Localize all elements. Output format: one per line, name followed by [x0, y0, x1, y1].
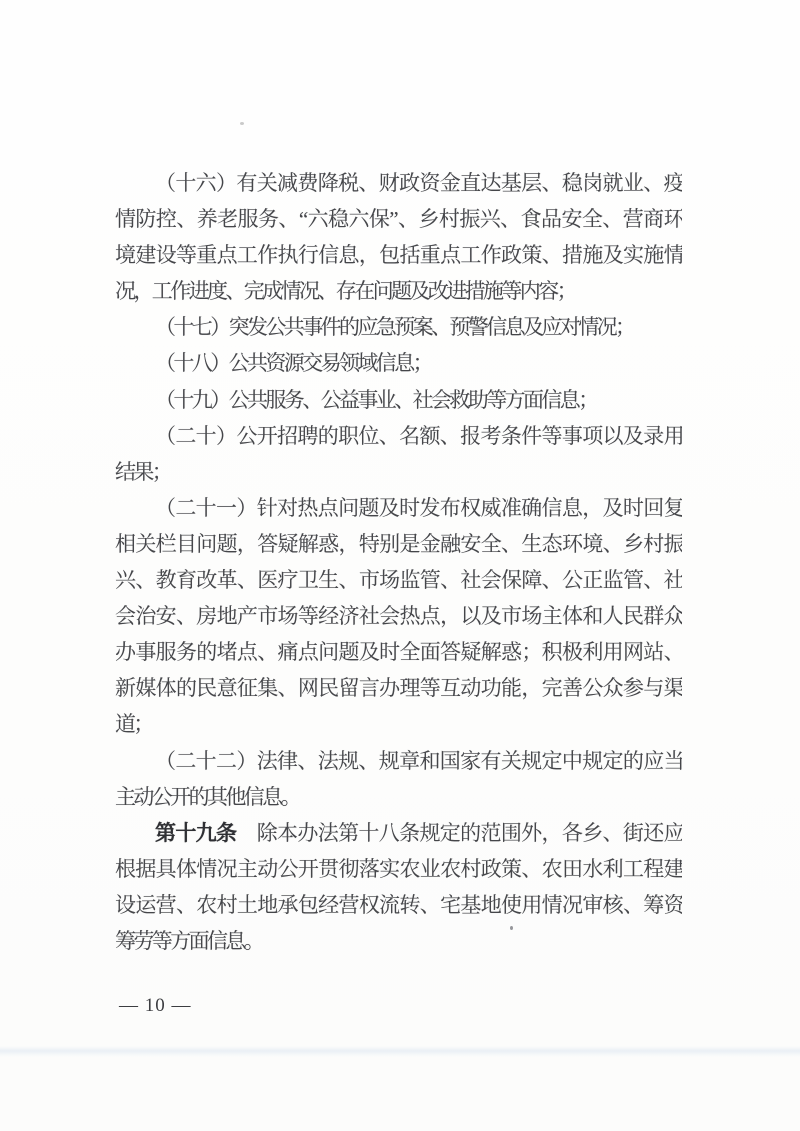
text-line: （十七）突发公共事件的应急预案、预警信息及应对情况； — [115, 309, 682, 345]
text-line: 兴、教育改革、医疗卫生、市场监管、社会保障、公正监管、社 — [115, 562, 682, 598]
text-line: 办事服务的堵点、痛点问题及时全面答疑解惑；积极利用网站、 — [115, 634, 682, 670]
text-line: 境建设等重点工作执行信息，包括重点工作政策、措施及实施情 — [115, 237, 682, 273]
text-line: 筹劳等方面信息。 — [115, 923, 682, 959]
text-line: （二十二）法律、法规、规章和国家有关规定中规定的应当 — [115, 743, 682, 779]
text-line: 相关栏目问题，答疑解惑，特别是金融安全、生态环境、乡村振 — [115, 526, 682, 562]
scan-artifact — [510, 926, 513, 930]
text-line: （二十）公开招聘的职位、名额、报考条件等事项以及录用 — [115, 418, 682, 454]
text-line: （十八）公共资源交易领域信息； — [115, 345, 682, 381]
text-line: （十六）有关减费降税、财政资金直达基层、稳岗就业、疫 — [115, 165, 682, 201]
text-line: 况，工作进度、完成情况、存在问题及改进措施等内容； — [115, 273, 682, 309]
paragraph-item-17: （十七）突发公共事件的应急预案、预警信息及应对情况； — [115, 309, 682, 345]
text-line: （十九）公共服务、公益事业、社会救助等方面信息； — [115, 382, 682, 418]
text-line: 道； — [115, 706, 682, 742]
paragraph-item-21: （二十一）针对热点问题及时发布权威准确信息，及时回复 相关栏目问题，答疑解惑，特… — [115, 490, 682, 743]
text-line: 根据具体情况主动公开贯彻落实农业农村政策、农田水利工程建 — [115, 851, 682, 887]
paragraph-item-19: （十九）公共服务、公益事业、社会救助等方面信息； — [115, 382, 682, 418]
text-line: 第十九条 除本办法第十八条规定的范围外，各乡、街还应 — [115, 815, 682, 851]
paragraph-item-18: （十八）公共资源交易领域信息； — [115, 345, 682, 381]
text-line-segment: 除本办法第十八条规定的范围外，各乡、街还应 — [236, 821, 682, 845]
paragraph-item-22: （二十二）法律、法规、规章和国家有关规定中规定的应当 主动公开的其他信息。 — [115, 743, 682, 815]
text-line: 主动公开的其他信息。 — [115, 779, 682, 815]
document-text: （十六）有关减费降税、财政资金直达基层、稳岗就业、疫 情防控、养老服务、“六稳六… — [115, 165, 682, 959]
text-line: 情防控、养老服务、“六稳六保”、乡村振兴、食品安全、营商环 — [115, 201, 682, 237]
document-page: { "colors": { "background": "#fdfdfd", "… — [0, 0, 800, 1131]
article-number-bold: 第十九条 — [155, 822, 236, 845]
text-line: 新媒体的民意征集、网民留言办理等互动功能，完善公众参与渠 — [115, 670, 682, 706]
page-number: — 10 — — [119, 995, 192, 1017]
scan-artifact — [240, 122, 244, 125]
text-line: （二十一）针对热点问题及时发布权威准确信息，及时回复 — [115, 490, 682, 526]
text-line: 设运营、农村土地承包经营权流转、宅基地使用情况审核、筹资 — [115, 887, 682, 923]
text-line: 会治安、房地产市场等经济社会热点，以及市场主体和人民群众 — [115, 598, 682, 634]
paragraph-item-16: （十六）有关减费降税、财政资金直达基层、稳岗就业、疫 情防控、养老服务、“六稳六… — [115, 165, 682, 309]
paragraph-article-19: 第十九条 除本办法第十八条规定的范围外，各乡、街还应 根据具体情况主动公开贯彻落… — [115, 815, 682, 959]
scanned-page: （十六）有关减费降税、财政资金直达基层、稳岗就业、疫 情防控、养老服务、“六稳六… — [0, 0, 800, 1131]
scan-band-artifact — [0, 1046, 800, 1057]
paragraph-item-20: （二十）公开招聘的职位、名额、报考条件等事项以及录用 结果； — [115, 418, 682, 490]
text-line: 结果； — [115, 454, 682, 490]
